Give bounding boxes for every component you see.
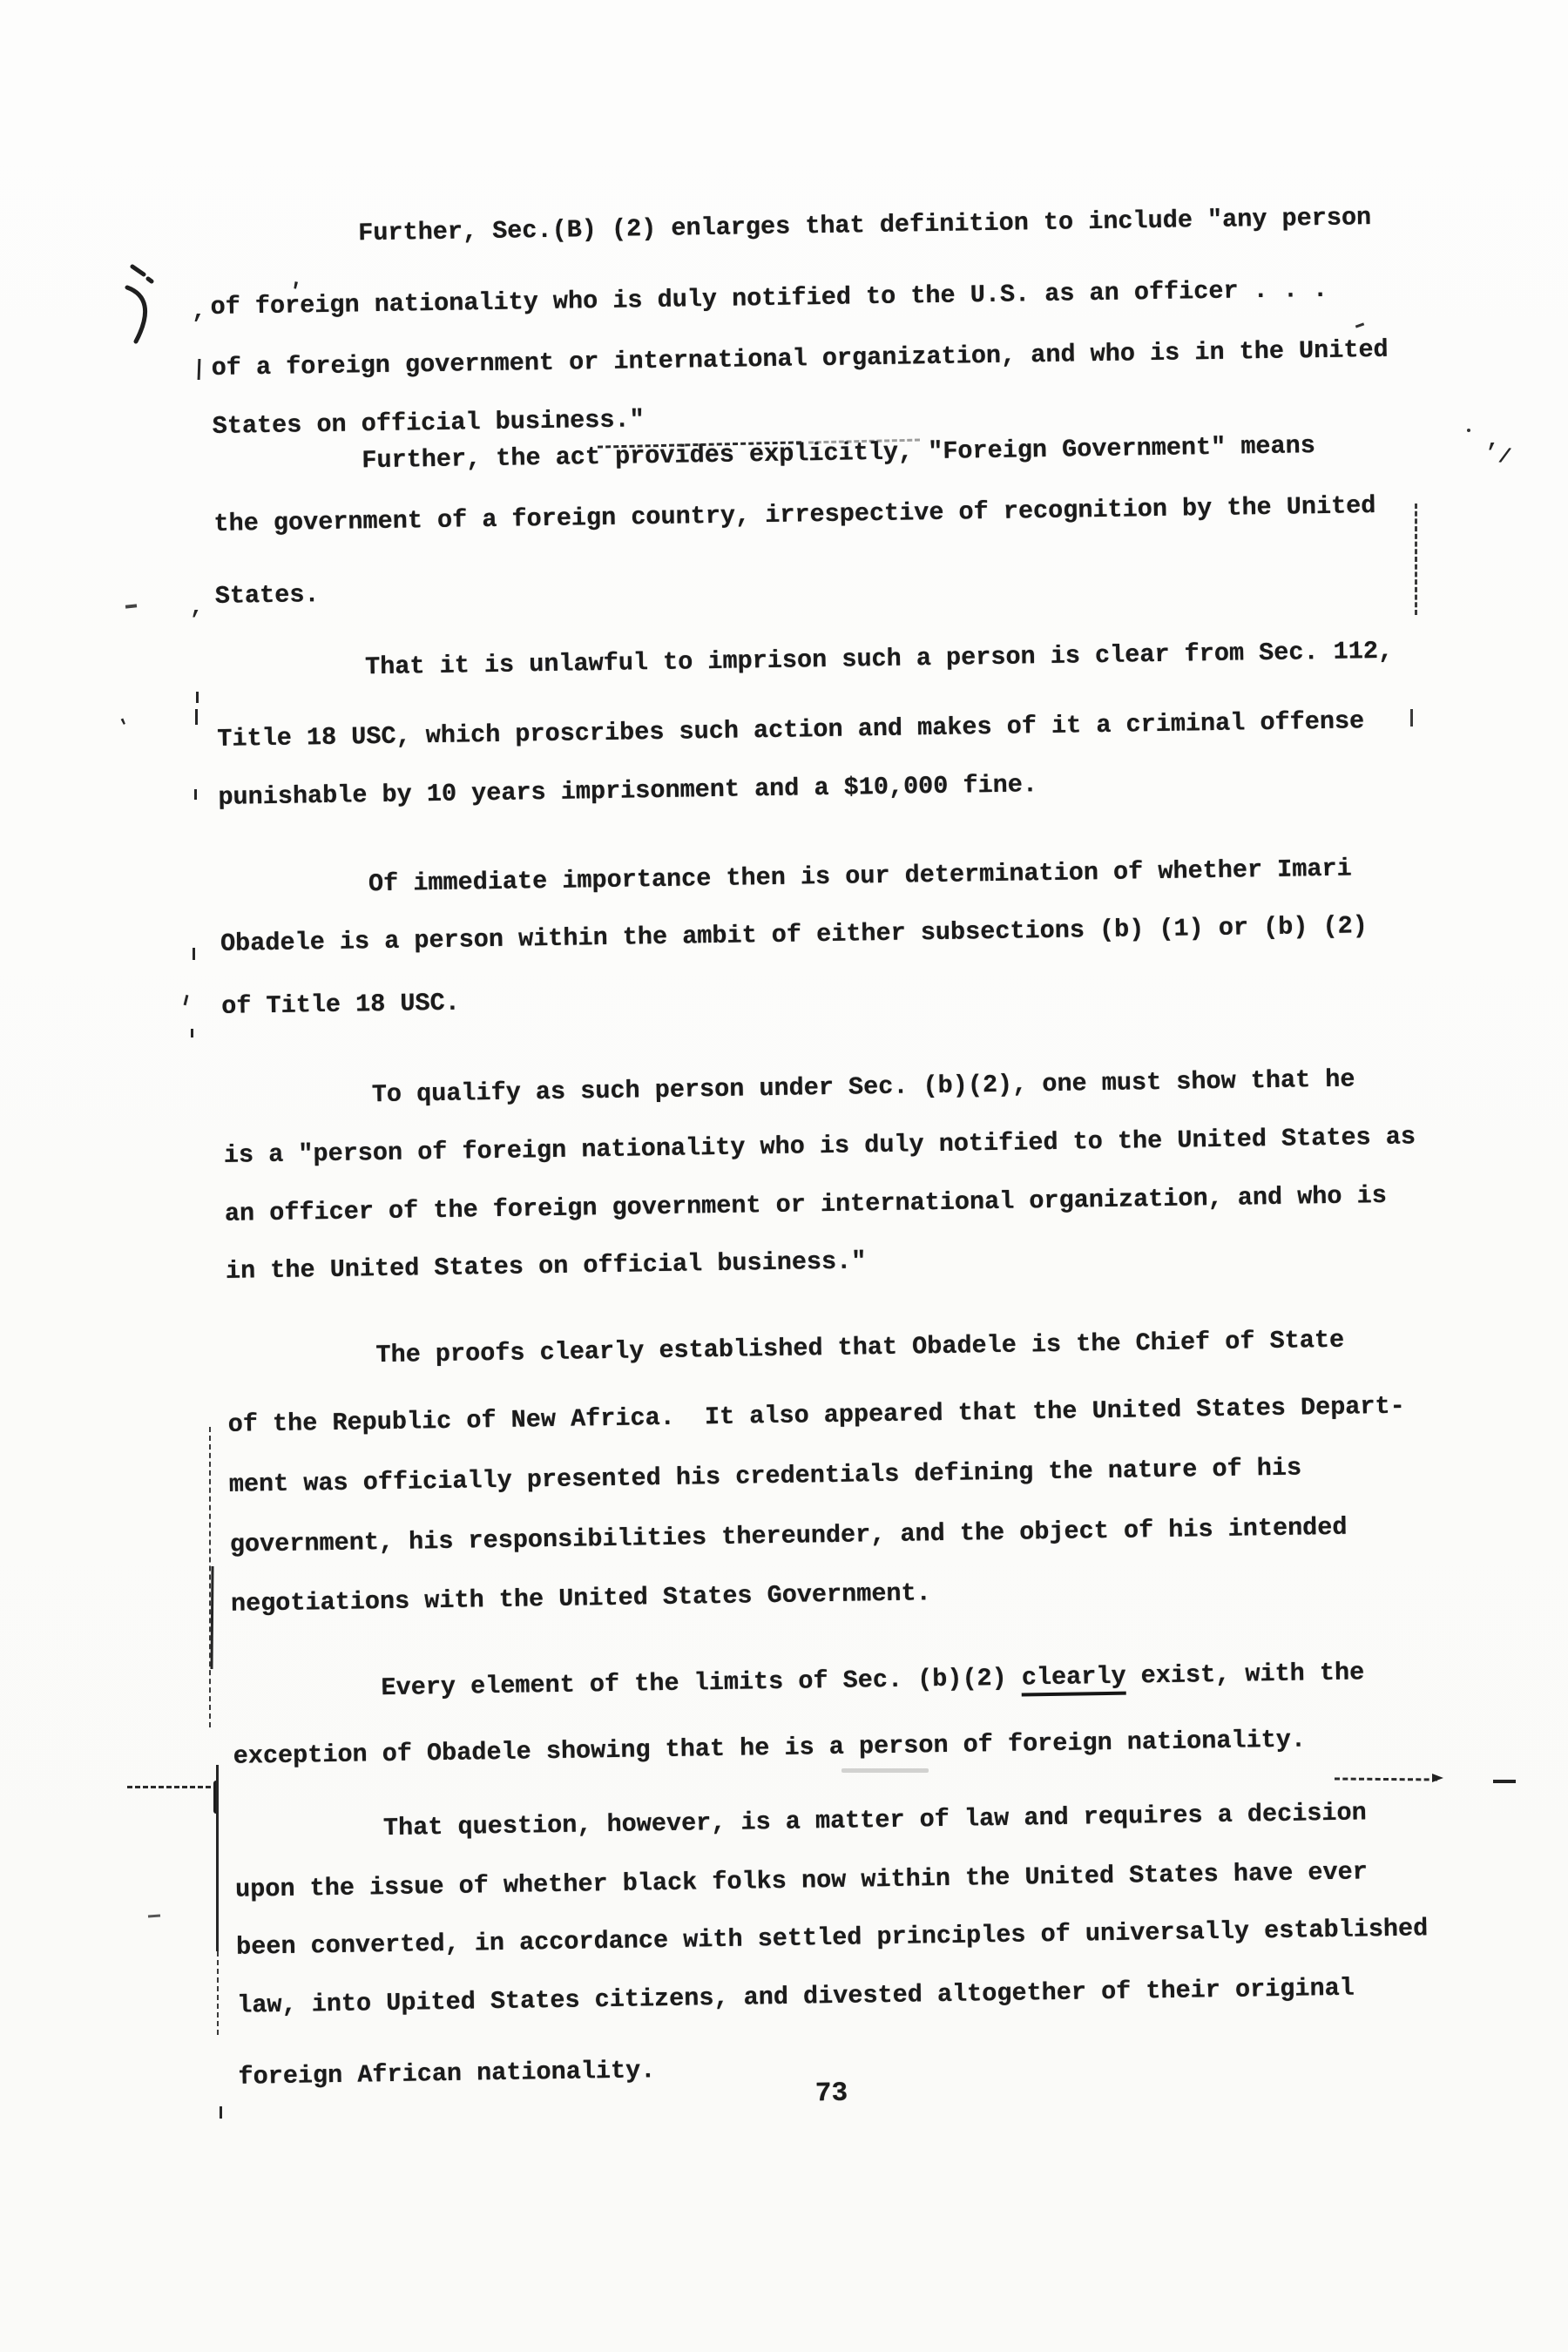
faint-dashed-underline-mark	[808, 439, 920, 444]
margin-tick-icon	[195, 709, 198, 725]
right-slash-mark: /	[1497, 447, 1512, 470]
margin-tick-icon	[198, 359, 201, 380]
states-comma-mark: ,	[190, 596, 204, 618]
fold-line-solid-mark	[210, 1566, 213, 1669]
fold-line-solid-mark	[216, 1765, 219, 1951]
stray-apostrophe-mark: '	[285, 280, 303, 305]
margin-dash-icon	[148, 1915, 160, 1918]
margin-tick-icon	[191, 1029, 193, 1037]
left-dashed-horizontal-mark	[127, 1786, 211, 1788]
margin-dash-icon	[125, 604, 137, 608]
page-number: 73	[815, 2078, 848, 2110]
margin-tick-icon	[196, 692, 199, 703]
margin-tick-icon	[194, 789, 197, 800]
fold-line-dashed-mark	[217, 1951, 219, 2035]
right-tick-icon	[1410, 709, 1413, 727]
dashed-underline-mark	[598, 441, 801, 448]
left-apostrophe-mark: '	[117, 716, 135, 739]
right-comma-mark: ,	[1486, 429, 1500, 451]
margin-tick-icon	[184, 995, 188, 1005]
scan-artifacts-layer: , ' , / ' ,	[0, 0, 1568, 2352]
ink-dot-icon	[1467, 429, 1470, 432]
arrowhead-icon	[1432, 1774, 1443, 1782]
margin-tick-icon	[193, 948, 195, 960]
stray-comma-mark: ,	[192, 300, 206, 324]
margin-dash-icon	[1493, 1780, 1516, 1783]
scanned-document-page: Further, Sec.(B) (2) enlarges that defin…	[0, 0, 1568, 2352]
margin-tick-icon	[220, 2106, 222, 2119]
dashed-arrow-line-mark	[1335, 1777, 1437, 1781]
scanner-streak-mark	[841, 1768, 929, 1773]
margin-dash-icon	[1355, 322, 1364, 328]
handwritten-paren-mark	[113, 258, 169, 348]
right-dashed-vertical-mark	[1415, 504, 1417, 615]
